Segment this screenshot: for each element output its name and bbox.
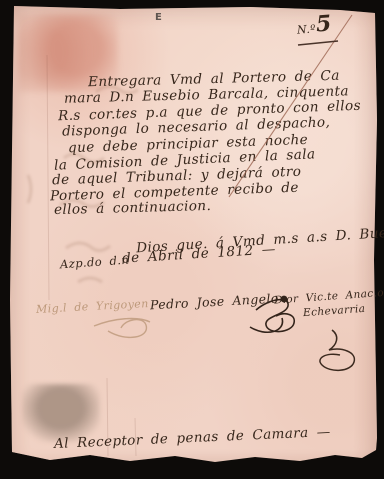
folio-number-digit: 5	[315, 12, 332, 35]
manuscript-scan: E N.º 5 Entregara Vmd al Portero de Ca m…	[0, 0, 384, 479]
archive-stamp-letter: E	[155, 12, 162, 23]
folio-number-prefix: N.º	[297, 23, 317, 35]
